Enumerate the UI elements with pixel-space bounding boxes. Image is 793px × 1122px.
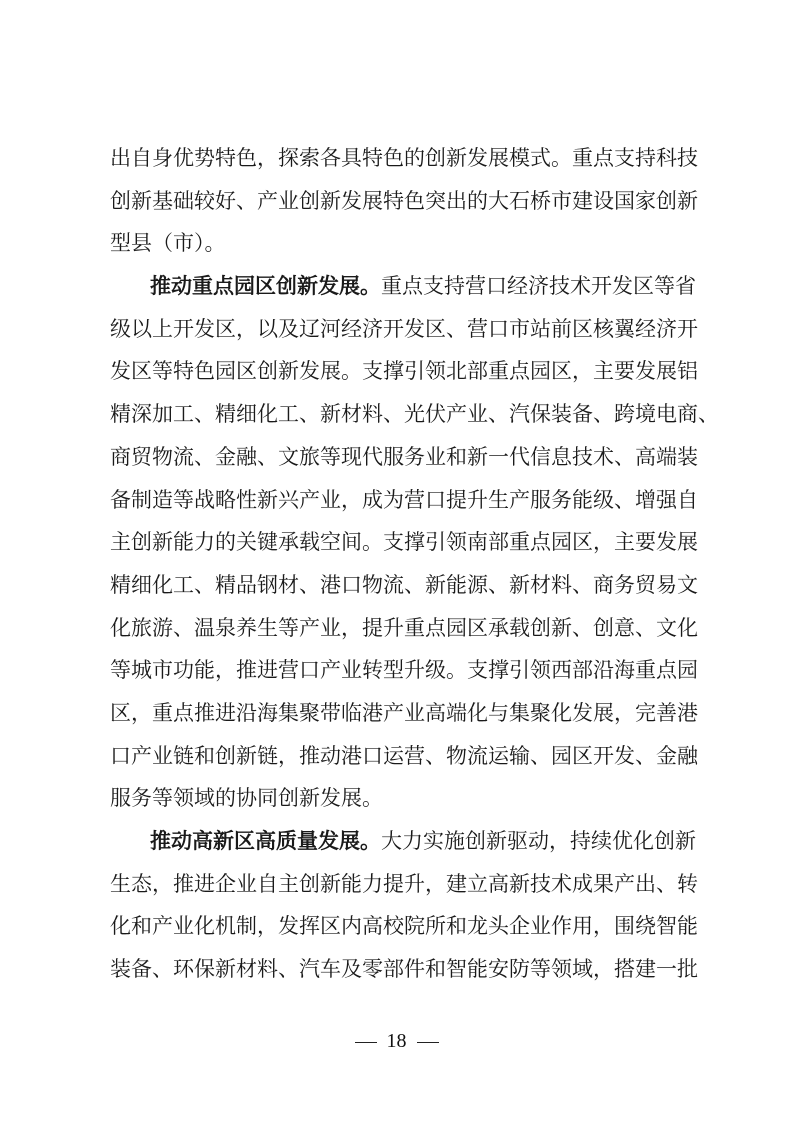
paragraph-key-parks: 推动重点园区创新发展。重点支持营口经济技术开发区等省 级以上开发区，以及辽河经济…	[110, 265, 691, 820]
document-body: 出自身优势特色，探索各具特色的创新发展模式。重点支持科技 创新基础较好、产业创新…	[110, 137, 691, 991]
text-line: 推动高新区高质量发展。大力实施创新驱动，持续优化创新	[110, 820, 691, 863]
text-line: 等城市功能，推进营口产业转型升级。支撑引领西部沿海重点园	[110, 649, 691, 692]
dash-right	[417, 1042, 439, 1043]
dash-left	[355, 1042, 377, 1043]
paragraph-text: 大力实施创新驱动，持续优化创新	[381, 829, 696, 853]
text-line: 口产业链和创新链，推动港口运营、物流运输、园区开发、金融	[110, 735, 691, 778]
paragraph-heading: 推动重点园区创新发展。	[150, 274, 381, 298]
text-line: 发区等特色园区创新发展。支撑引领北部重点园区，主要发展铝	[110, 350, 691, 393]
text-line: 商贸物流、金融、文旅等现代服务业和新一代信息技术、高端装	[110, 436, 691, 479]
text-line: 化和产业化机制，发挥区内高校院所和龙头企业作用，围绕智能	[110, 905, 691, 948]
text-line: 服务等领域的协同创新发展。	[110, 777, 691, 820]
text-line: 备制造等战略性新兴产业，成为营口提升生产服务能级、增强自	[110, 479, 691, 522]
page-number: 18	[0, 1030, 793, 1053]
text-line: 装备、环保新材料、汽车及零部件和智能安防等领域，搭建一批	[110, 948, 691, 991]
paragraph-heading: 推动高新区高质量发展。	[150, 829, 381, 853]
text-line: 精深加工、精细化工、新材料、光伏产业、汽保装备、跨境电商、	[110, 393, 691, 436]
page-number-value: 18	[387, 1030, 407, 1052]
text-line: 型县（市）。	[110, 222, 691, 265]
text-line: 出自身优势特色，探索各具特色的创新发展模式。重点支持科技	[110, 137, 691, 180]
paragraph-text: 重点支持营口经济技术开发区等省	[381, 274, 696, 298]
text-line: 主创新能力的关键承载空间。支撑引领南部重点园区，主要发展	[110, 521, 691, 564]
text-line: 精细化工、精品钢材、港口物流、新能源、新材料、商务贸易文	[110, 564, 691, 607]
text-line: 生态，推进企业自主创新能力提升，建立高新技术成果产出、转	[110, 863, 691, 906]
text-line: 创新基础较好、产业创新发展特色突出的大石桥市建设国家创新	[110, 180, 691, 223]
text-line: 区，重点推进沿海集聚带临港产业高端化与集聚化发展，完善港	[110, 692, 691, 735]
text-line: 级以上开发区，以及辽河经济开发区、营口市站前区核翼经济开	[110, 308, 691, 351]
text-line: 推动重点园区创新发展。重点支持营口经济技术开发区等省	[110, 265, 691, 308]
text-line: 化旅游、温泉养生等产业，提升重点园区承载创新、创意、文化	[110, 607, 691, 650]
paragraph-high-tech-zone: 推动高新区高质量发展。大力实施创新驱动，持续优化创新 生态，推进企业自主创新能力…	[110, 820, 691, 991]
